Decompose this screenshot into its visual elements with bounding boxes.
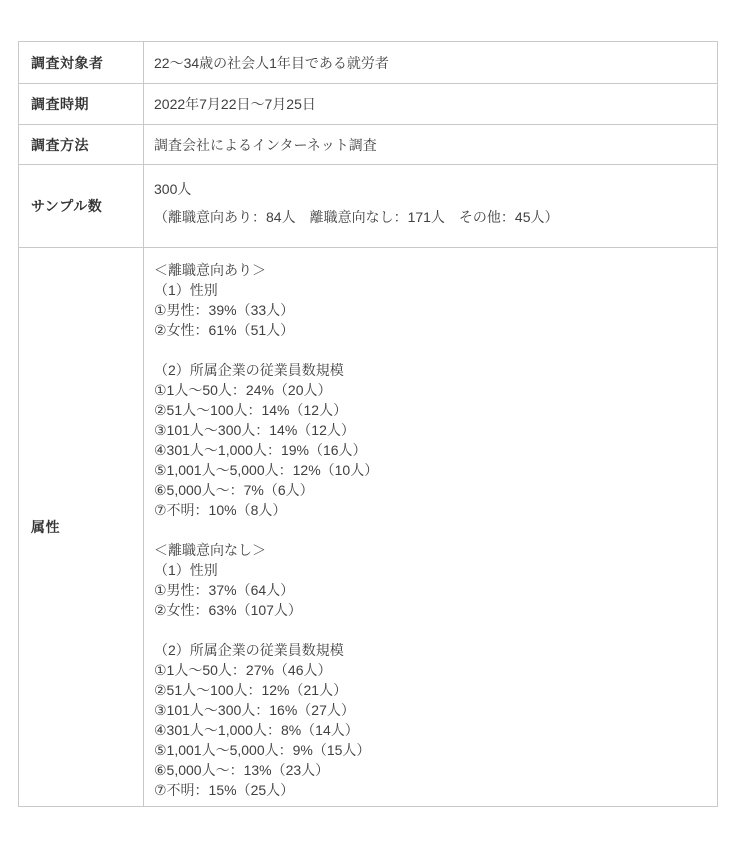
survey-overview-table: 調査対象者 22〜34歳の社会人1年目である就労者 調査時期 2022年7月22…	[18, 41, 718, 807]
attr-line: ②51人〜100人：12%（21人）	[154, 680, 705, 700]
attr-line: ②女性：61%（51人）	[154, 320, 705, 340]
attr-line: ②51人〜100人：14%（12人）	[154, 400, 705, 420]
attr-line: （1）性別	[154, 280, 705, 300]
attr-line: ④301人〜1,000人：8%（14人）	[154, 720, 705, 740]
attr-line-blank	[154, 520, 705, 540]
attr-line: ④301人〜1,000人：19%（16人）	[154, 440, 705, 460]
attr-line: ①1人〜50人：27%（46人）	[154, 660, 705, 680]
row-value-sample-size: 300人 （離職意向あり：84人 離職意向なし：171人 その他：45人）	[144, 165, 718, 248]
attr-line: ⑥5,000人〜：7%（6人）	[154, 480, 705, 500]
row-label-attributes: 属性	[19, 248, 144, 807]
table-row-survey-period: 調査時期 2022年7月22日〜7月25日	[19, 84, 718, 125]
attr-line: ②女性：63%（107人）	[154, 600, 705, 620]
row-value-survey-period: 2022年7月22日〜7月25日	[144, 84, 718, 125]
attr-line: （2）所属企業の従業員数規模	[154, 640, 705, 660]
row-label-survey-target: 調査対象者	[19, 42, 144, 84]
attr-line-blank	[154, 620, 705, 640]
attr-line: （1）性別	[154, 560, 705, 580]
row-label-survey-period: 調査時期	[19, 84, 144, 125]
attr-line: ①男性：39%（33人）	[154, 300, 705, 320]
row-label-sample-size: サンプル数	[19, 165, 144, 248]
table-row-survey-method: 調査方法 調査会社によるインターネット調査	[19, 125, 718, 165]
attr-line: ③101人〜300人：14%（12人）	[154, 420, 705, 440]
table-row-attributes: 属性 ＜離職意向あり＞ （1）性別 ①男性：39%（33人） ②女性：61%（5…	[19, 248, 718, 807]
attr-line: ⑦不明：15%（25人）	[154, 780, 705, 800]
row-value-survey-method: 調査会社によるインターネット調査	[144, 125, 718, 165]
attr-line: ⑤1,001人〜5,000人：9%（15人）	[154, 740, 705, 760]
sample-size-breakdown: （離職意向あり：84人 離職意向なし：171人 その他：45人）	[154, 207, 705, 227]
row-label-survey-method: 調査方法	[19, 125, 144, 165]
table-row-survey-target: 調査対象者 22〜34歳の社会人1年目である就労者	[19, 42, 718, 84]
row-value-attributes: ＜離職意向あり＞ （1）性別 ①男性：39%（33人） ②女性：61%（51人）…	[144, 248, 718, 807]
table-row-sample-size: サンプル数 300人 （離職意向あり：84人 離職意向なし：171人 その他：4…	[19, 165, 718, 248]
attr-line: ⑥5,000人〜：13%（23人）	[154, 760, 705, 780]
sample-size-total: 300人	[154, 179, 705, 199]
attr-line-blank	[154, 340, 705, 360]
attr-line: ③101人〜300人：16%（27人）	[154, 700, 705, 720]
attr-line: ＜離職意向あり＞	[154, 260, 705, 280]
attr-line: ①1人〜50人：24%（20人）	[154, 380, 705, 400]
attr-line: （2）所属企業の従業員数規模	[154, 360, 705, 380]
attr-line: ⑤1,001人〜5,000人：12%（10人）	[154, 460, 705, 480]
attr-line: ①男性：37%（64人）	[154, 580, 705, 600]
attr-line: ⑦不明：10%（8人）	[154, 500, 705, 520]
attr-line: ＜離職意向なし＞	[154, 540, 705, 560]
row-value-survey-target: 22〜34歳の社会人1年目である就労者	[144, 42, 718, 84]
